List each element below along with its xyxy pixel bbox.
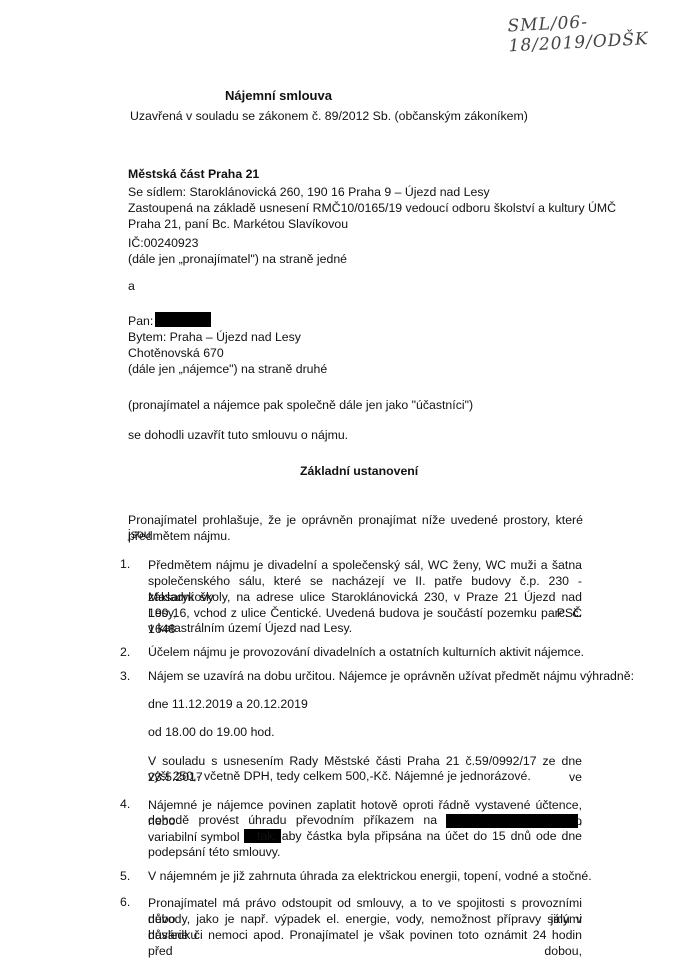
redacted-account-number	[446, 814, 578, 828]
clause-number: 5.	[120, 869, 130, 883]
landlord-ic: IČ:00240923	[128, 236, 198, 250]
clause-6-line: havárie či nemoci apod. Pronajímatel je …	[148, 927, 582, 959]
clause-number: 4.	[120, 797, 130, 811]
tenant-pan-label: Pan:	[128, 314, 153, 328]
clause-4-line: podepsání této smlouvy.	[148, 845, 280, 859]
tenant-street: Chotěnovská 670	[128, 346, 224, 360]
clause-3-text: Nájem se uzavírá na dobu určitou. Nájemc…	[148, 669, 634, 683]
clause-number: 2.	[120, 645, 130, 659]
landlord-role: (dále jen „pronajímatel") na straně jedn…	[128, 252, 347, 266]
parties-note: (pronajímatel a nájemce pak společně dál…	[128, 398, 473, 412]
conjunction-and: a	[128, 279, 135, 293]
clause-5-text: V nájemném je již zahrnuta úhrada za ele…	[148, 869, 592, 883]
redacted-tenant-name	[155, 312, 211, 327]
clause-1-line: Předmětem nájmu je divadelní a společens…	[148, 557, 582, 573]
rental-price-line: výši 250,- včetně DPH, tedy celkem 500,-…	[148, 769, 531, 783]
landlord-seat: Se sídlem: Staroklánovická 260, 190 16 P…	[128, 185, 490, 199]
document-subtitle: Uzavřená v souladu se zákonem č. 89/2012…	[130, 109, 528, 123]
clause-1-line: v katastrálním území Újezd nad Lesy.	[148, 621, 352, 635]
handwritten-reference: SML/06-18/2019/ODŠK	[507, 8, 678, 57]
rental-hours: od 18.00 do 19.00 hod.	[148, 725, 275, 739]
landlord-name: Městská část Praha 21	[128, 167, 259, 181]
clause-number: 3.	[120, 669, 130, 683]
clause-4-line: variabilní symboltak, aby částka byla př…	[148, 829, 582, 844]
document-title: Nájemní smlouva	[225, 88, 332, 103]
clause-4-line: dohodě provést úhradu převodním příkazem…	[148, 813, 582, 827]
account-comma: ,	[579, 813, 582, 827]
payment-transfer-text: dohodě provést úhradu převodním příkazem…	[148, 813, 466, 827]
tenant-residence: Bytem: Praha – Újezd nad Lesy	[128, 330, 301, 344]
intro-line-2: předmětem nájmu.	[128, 529, 231, 543]
clause-number: 1.	[120, 557, 130, 571]
landlord-represented: Zastoupená na základě usnesení RMČ10/016…	[128, 201, 616, 215]
clause-2-text: Účelem nájmu je provozování divadelních …	[148, 645, 584, 659]
tenant-role: (dále jen „nájemce") na straně druhé	[128, 362, 327, 376]
landlord-represented-cont: Praha 21, paní Bc. Markétou Slavíkovou	[128, 217, 348, 231]
clause-number: 6.	[120, 895, 130, 909]
rental-dates: dne 11.12.2019 a 20.12.2019	[148, 697, 308, 711]
variable-symbol-continuation: tak, aby částka byla připsána na účet do…	[257, 829, 582, 843]
variable-symbol-label: variabilní symbol	[148, 830, 240, 844]
agreement-statement: se dohodli uzavřít tuto smlouvu o nájmu.	[128, 428, 348, 442]
section-title: Základní ustanovení	[300, 464, 418, 478]
tenant-name-line: Pan:	[128, 312, 211, 328]
